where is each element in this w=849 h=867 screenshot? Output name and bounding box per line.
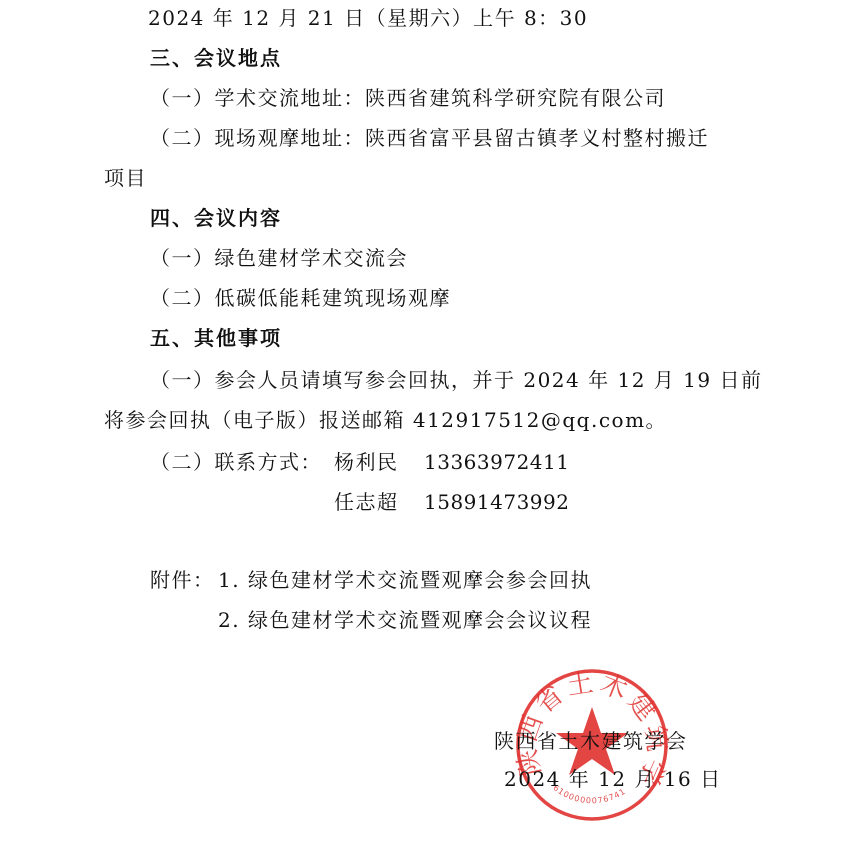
- section3-heading: 三、会议地点: [150, 46, 282, 70]
- section4-item1: （一）绿色建材学术交流会: [150, 246, 408, 270]
- signature-date: 2024 年 12 月 16 日: [504, 767, 722, 791]
- meeting-time: 2024 年 12 月 21 日（星期六）上午 8：30: [148, 6, 588, 30]
- attachments-label: 附件：: [150, 568, 215, 592]
- contact-phone-2: 15891473992: [424, 490, 569, 514]
- section3-item1: （一）学术交流地址：陕西省建筑科学研究院有限公司: [150, 86, 666, 110]
- attachment-item-1: 1. 绿色建材学术交流暨观摩会参会回执: [218, 568, 592, 592]
- contact-label: （二）联系方式：: [150, 450, 322, 474]
- signature-organization: 陕西省土木建筑学会: [494, 729, 688, 753]
- section5-item1-line2: 将参会回执（电子版）报送邮箱 412917512@qq.com。: [104, 408, 667, 432]
- section4-heading: 四、会议内容: [150, 206, 282, 230]
- section3-item2-line2: 项目: [104, 166, 147, 190]
- section4-item2: （二）低碳低能耗建筑现场观摩: [150, 286, 451, 310]
- section5-heading: 五、其他事项: [150, 326, 282, 350]
- attachment-item-2: 2. 绿色建材学术交流暨观摩会会议议程: [218, 608, 592, 632]
- section3-item2-line1: （二）现场观摩地址：陕西省富平县留古镇孝义村整村搬迁: [150, 126, 709, 150]
- contact-name-1: 杨利民: [334, 450, 399, 474]
- contact-phone-1: 13363972411: [424, 450, 569, 474]
- contact-name-2: 任志超: [334, 490, 399, 514]
- section5-item1-line1: （一）参会人员请填写参会回执，并于 2024 年 12 月 19 日前: [150, 368, 762, 392]
